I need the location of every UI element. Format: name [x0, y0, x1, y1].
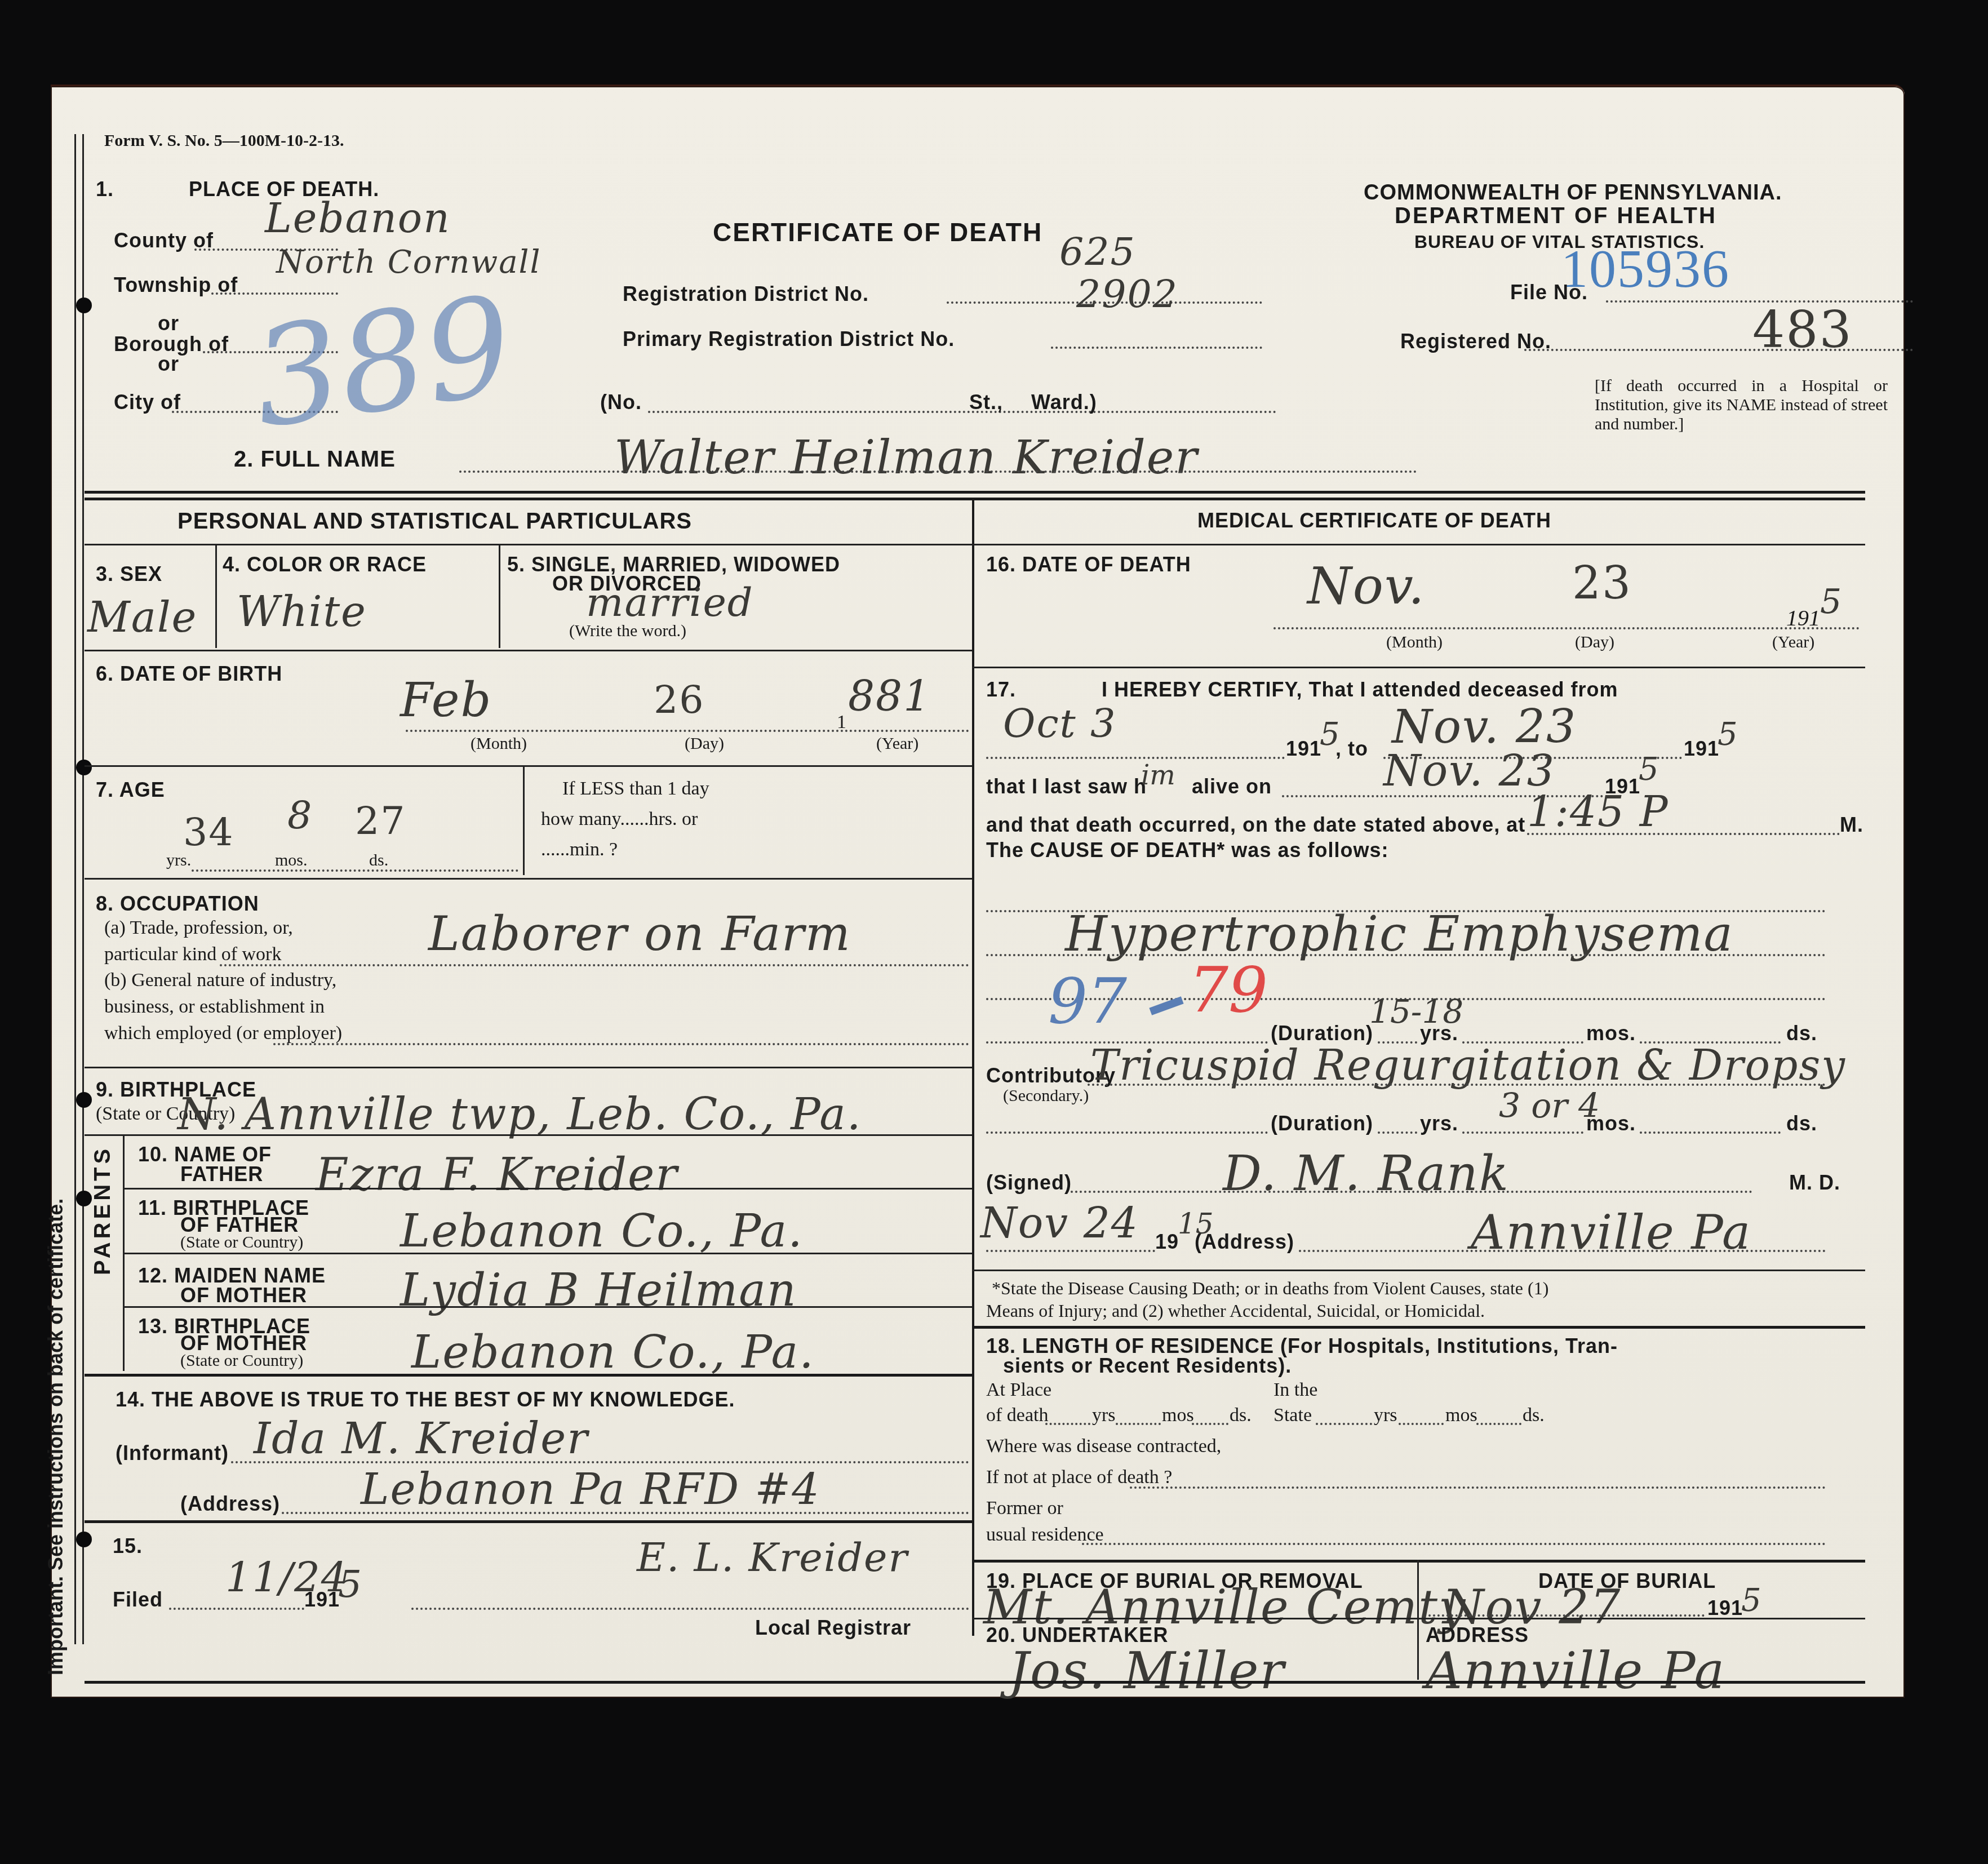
marital-note: (Write the word.) [569, 622, 686, 641]
informant-label: (Informant) [116, 1441, 229, 1465]
mos-caption: mos. [275, 851, 308, 870]
last-saw-pronoun: im [1141, 760, 1175, 791]
divider [523, 765, 525, 875]
primary-district-label: Primary Registration District No. [623, 327, 955, 351]
race-value: White [237, 588, 367, 636]
full-name-line [459, 471, 1417, 473]
at-place-label: At Place [986, 1379, 1051, 1401]
death-certificate-paper: Important. See instructions on back of c… [51, 85, 1905, 1698]
commonwealth-heading: COMMONWEALTH OF PENNSYLVANIA. [1364, 181, 1782, 205]
father-name-value: Ezra F. Kreider [316, 1148, 678, 1201]
filed-year-prefix: 191 [304, 1588, 340, 1612]
file-no-label: File No. [1510, 281, 1588, 304]
duration-line [1462, 1131, 1583, 1134]
day-caption: (Day) [685, 734, 724, 753]
ds-caption: ds. [369, 851, 388, 870]
not-at-place-label: If not at place of death ? [986, 1467, 1172, 1488]
dod-month-caption: (Month) [1386, 633, 1443, 652]
registrar-label: Local Registrar [755, 1616, 911, 1640]
occupation-a-line [220, 964, 969, 966]
divider [972, 1270, 1865, 1271]
burial-year-prefix: 191 [1707, 1596, 1743, 1620]
in-the-label: In the [1273, 1379, 1317, 1401]
divider [972, 1326, 1865, 1329]
informant-address-value: Lebanon Pa RFD #4 [361, 1464, 820, 1514]
margin-rule [82, 134, 84, 1644]
alive-on-label: alive on [1192, 775, 1272, 798]
age-years: 34 [183, 810, 234, 855]
informant-value: Ida M. Kreider [254, 1413, 589, 1463]
undertaker-value: Jos. Miller [1009, 1641, 1285, 1701]
divider [85, 1134, 972, 1136]
divider [1417, 1618, 1419, 1680]
age-days: 27 [355, 799, 406, 844]
contributory-duration-value: 3 or 4 [1499, 1086, 1600, 1126]
death-time-label: and that death occurred, on the date sta… [986, 813, 1525, 837]
state-yrs: yrs [1374, 1405, 1397, 1426]
signed-date-line [986, 1250, 1155, 1252]
signed-line [1071, 1191, 1752, 1193]
divider [215, 544, 217, 648]
divider [499, 544, 500, 648]
marital-value: married [586, 579, 754, 625]
informant-address-line [282, 1512, 969, 1514]
dob-line [406, 730, 969, 732]
or-label: or [158, 352, 179, 376]
residence-line [1399, 1423, 1444, 1425]
mother-birthplace-value: Lebanon Co., Pa. [411, 1326, 815, 1378]
divider [85, 498, 1865, 500]
residence-heading-2: sients or Recent Residents). [1003, 1354, 1292, 1378]
yrs-caption: yrs. [166, 851, 191, 870]
divider [123, 1253, 972, 1254]
divider [85, 1067, 972, 1068]
filed-label: Filed [113, 1588, 163, 1612]
last-saw-label: that I last saw h [986, 775, 1147, 798]
ward-label: Ward.) [1031, 390, 1097, 414]
residence-line [1192, 1423, 1228, 1425]
divider [85, 491, 1865, 494]
sex-label: 3. SEX [96, 562, 162, 586]
of-death-label: of death [986, 1405, 1048, 1426]
form-id: Form V. S. No. 5—100M-10-2-13. [104, 131, 344, 150]
residence-ds: ds. [1230, 1405, 1252, 1426]
dod-month: Nov. [1307, 557, 1426, 616]
burial-year: 5 [1741, 1582, 1761, 1619]
city-label: City of [114, 390, 181, 414]
occupation-b-1: (b) General nature of industry, [104, 970, 336, 991]
m-label: M. [1840, 813, 1863, 837]
occupation-b-2: business, or establishment in [104, 996, 325, 1018]
contributory-value: Tricuspid Regurgitation & Dropsy [1090, 1041, 1846, 1090]
mother-name-value: Lydia B Heilman [400, 1264, 797, 1316]
street-line [648, 411, 1276, 413]
divider [972, 667, 1865, 668]
section-15-number: 15. [113, 1534, 143, 1558]
informant-heading: 14. THE ABOVE IS TRUE TO THE BEST OF MY … [116, 1388, 735, 1412]
parents-divider [123, 1253, 125, 1371]
dod-year: 5 [1820, 582, 1843, 622]
primary-district-line [1051, 347, 1262, 349]
certify-text: I HEREBY CERTIFY, That I attended deceas… [1102, 678, 1618, 702]
certify-number: 17. [986, 678, 1016, 702]
county-value: Lebanon [265, 194, 451, 242]
dod-label: 16. DATE OF DEATH [986, 553, 1191, 576]
divider [123, 1306, 972, 1308]
primary-district-value: 2902 [1076, 272, 1178, 317]
residence-line [1316, 1423, 1372, 1425]
informant-line [231, 1461, 969, 1463]
mother-name-label-2: OF MOTHER [180, 1284, 307, 1307]
hospital-note: [If death occurred in a Hospital or Inst… [1595, 376, 1888, 434]
residence-line [1045, 1423, 1090, 1425]
residence-line [1116, 1423, 1161, 1425]
contracted-label: Where was disease contracted, [986, 1436, 1221, 1457]
occupation-a-1: (a) Trade, profession, or, [104, 917, 293, 939]
registrar-signature: E. L. Kreider [637, 1534, 908, 1581]
personal-heading: PERSONAL AND STATISTICAL PARTICULARS [177, 509, 692, 534]
department-heading: DEPARTMENT OF HEALTH [1395, 203, 1717, 229]
residence-mos: mos [1162, 1405, 1194, 1426]
contributory-mos-caption: mos. [1586, 1112, 1636, 1135]
dob-month: Feb [400, 672, 492, 727]
no-label: (No. [600, 390, 642, 414]
attended-from-year-prefix: 191 [1286, 737, 1321, 761]
medical-heading: MEDICAL CERTIFICATE OF DEATH [1197, 509, 1551, 532]
divider [85, 544, 972, 545]
punch-hole [76, 760, 92, 775]
attended-from: Oct 3 [1003, 700, 1117, 747]
divider [85, 878, 972, 880]
duration-line [1378, 1131, 1417, 1134]
margin-rule [74, 134, 76, 1644]
dod-day: 23 [1572, 557, 1632, 609]
punch-hole [76, 1092, 92, 1108]
divider [85, 1374, 972, 1377]
race-label: 4. COLOR OR RACE [223, 553, 427, 576]
attended-from-line [986, 757, 1285, 759]
punch-hole [76, 298, 92, 313]
filed-line [169, 1608, 304, 1610]
margin-note: Important. See instructions on back of c… [44, 1199, 68, 1675]
dob-label: 6. DATE OF BIRTH [96, 662, 282, 686]
divider [85, 650, 972, 651]
classification-code-blue: 97 [1048, 965, 1127, 1037]
burial-date-line [1428, 1614, 1705, 1617]
dod-line [1273, 627, 1860, 629]
year-caption: (Year) [876, 734, 918, 753]
column-divider [972, 498, 974, 1636]
state-label: State [1273, 1405, 1312, 1426]
footnote-line-1: *State the Disease Causing Death; or in … [992, 1278, 1548, 1299]
dob-day: 26 [654, 678, 705, 722]
last-saw-year: 5 [1639, 751, 1659, 788]
residence-yrs: yrs [1092, 1405, 1116, 1426]
signed-date: Nov 24 [980, 1199, 1139, 1248]
death-time-line [1527, 833, 1840, 835]
age-label: 7. AGE [96, 778, 165, 802]
footnote-line-2: Means of Injury; and (2) whether Acciden… [986, 1301, 1485, 1321]
father-birthplace-sub: (State or Country) [180, 1233, 303, 1252]
divider [972, 544, 1865, 545]
divider [85, 1520, 972, 1523]
contributory-ds-caption: ds. [1786, 1112, 1817, 1135]
contributory-sub: (Secondary.) [1003, 1086, 1089, 1106]
attended-to-year: 5 [1718, 716, 1738, 753]
attended-to-year-prefix: 191 [1684, 737, 1719, 761]
state-ds: ds. [1523, 1405, 1545, 1426]
full-name-label: 2. FULL NAME [234, 447, 396, 472]
duration-line [1640, 1131, 1781, 1134]
dod-year-caption: (Year) [1772, 633, 1814, 652]
occupation-label: 8. OCCUPATION [96, 892, 259, 916]
contracted-line [1130, 1486, 1826, 1489]
father-birthplace-value: Lebanon Co., Pa. [400, 1205, 804, 1257]
death-time-value: 1:45 P [1527, 788, 1669, 836]
punch-hole [76, 1191, 92, 1206]
occupation-a-2: particular kind of work [104, 944, 281, 965]
mother-birthplace-sub: (State or Country) [180, 1351, 303, 1370]
state-mos: mos [1445, 1405, 1477, 1426]
certificate-title: CERTIFICATE OF DEATH [713, 217, 1042, 247]
contributory-duration-label: (Duration) [1271, 1112, 1373, 1135]
contributory-yrs-caption: yrs. [1420, 1112, 1458, 1135]
md-label: M. D. [1789, 1171, 1840, 1195]
usual-residence-line [1082, 1543, 1826, 1545]
registered-no-line [1524, 349, 1913, 351]
former-label: Former or [986, 1498, 1063, 1519]
blue-pencil-mark: 389 [244, 266, 522, 458]
registration-district-label: Registration District No. [623, 282, 869, 306]
physician-address-line [1299, 1250, 1826, 1252]
divider [123, 1188, 972, 1190]
cause-label: The CAUSE OF DEATH* was as follows: [986, 838, 1388, 862]
dod-day-caption: (Day) [1575, 633, 1614, 652]
age-months: 8 [287, 793, 313, 838]
township-value: North Cornwall [276, 244, 541, 281]
occupation-value: Laborer on Farm [428, 906, 851, 961]
residence-line [1476, 1423, 1521, 1425]
signed-year-prefix: 19 [1155, 1230, 1179, 1254]
signed-label: (Signed) [986, 1171, 1072, 1195]
bottom-divider [85, 1681, 1865, 1684]
physician-signature: D. M. Rank [1223, 1146, 1510, 1202]
undertaker-address-value: Annville Pa [1426, 1641, 1725, 1701]
to-label: , to [1335, 737, 1368, 761]
divider [85, 765, 972, 767]
occupation-b-3: which employed (or employer) [104, 1023, 342, 1044]
physician-address-label: (Address) [1195, 1230, 1294, 1254]
filed-year: 5 [338, 1563, 363, 1606]
or-label: or [158, 312, 179, 335]
contributory-line [1088, 1084, 1826, 1086]
informant-address-label: (Address) [180, 1492, 280, 1516]
birthplace-value: N. Annville twp, Leb. Co., Pa. [177, 1089, 862, 1140]
less-than-day-2: how many......hrs. or [541, 809, 698, 830]
classification-code-red: 79 [1189, 954, 1268, 1026]
month-caption: (Month) [471, 734, 527, 753]
section-1-number: 1. [96, 177, 114, 201]
occupation-b-line [273, 1043, 969, 1045]
father-name-label-2: FATHER [180, 1162, 263, 1186]
less-than-day-1: If LESS than 1 day [562, 778, 709, 800]
duration-line [986, 1131, 1268, 1134]
sex-value: Male [87, 593, 197, 642]
less-than-day-3: ......min. ? [541, 839, 618, 860]
dob-year: 881 [848, 672, 931, 721]
full-name-value: Walter Heilman Kreider [614, 431, 1198, 485]
parents-side-label: PARENTS [90, 1146, 116, 1275]
cause-line [986, 954, 1826, 956]
age-line [192, 869, 518, 872]
registrar-line [411, 1608, 969, 1610]
punch-hole [76, 1532, 92, 1547]
registration-district-value: 625 [1059, 230, 1136, 274]
st-label: St., [969, 390, 1003, 414]
